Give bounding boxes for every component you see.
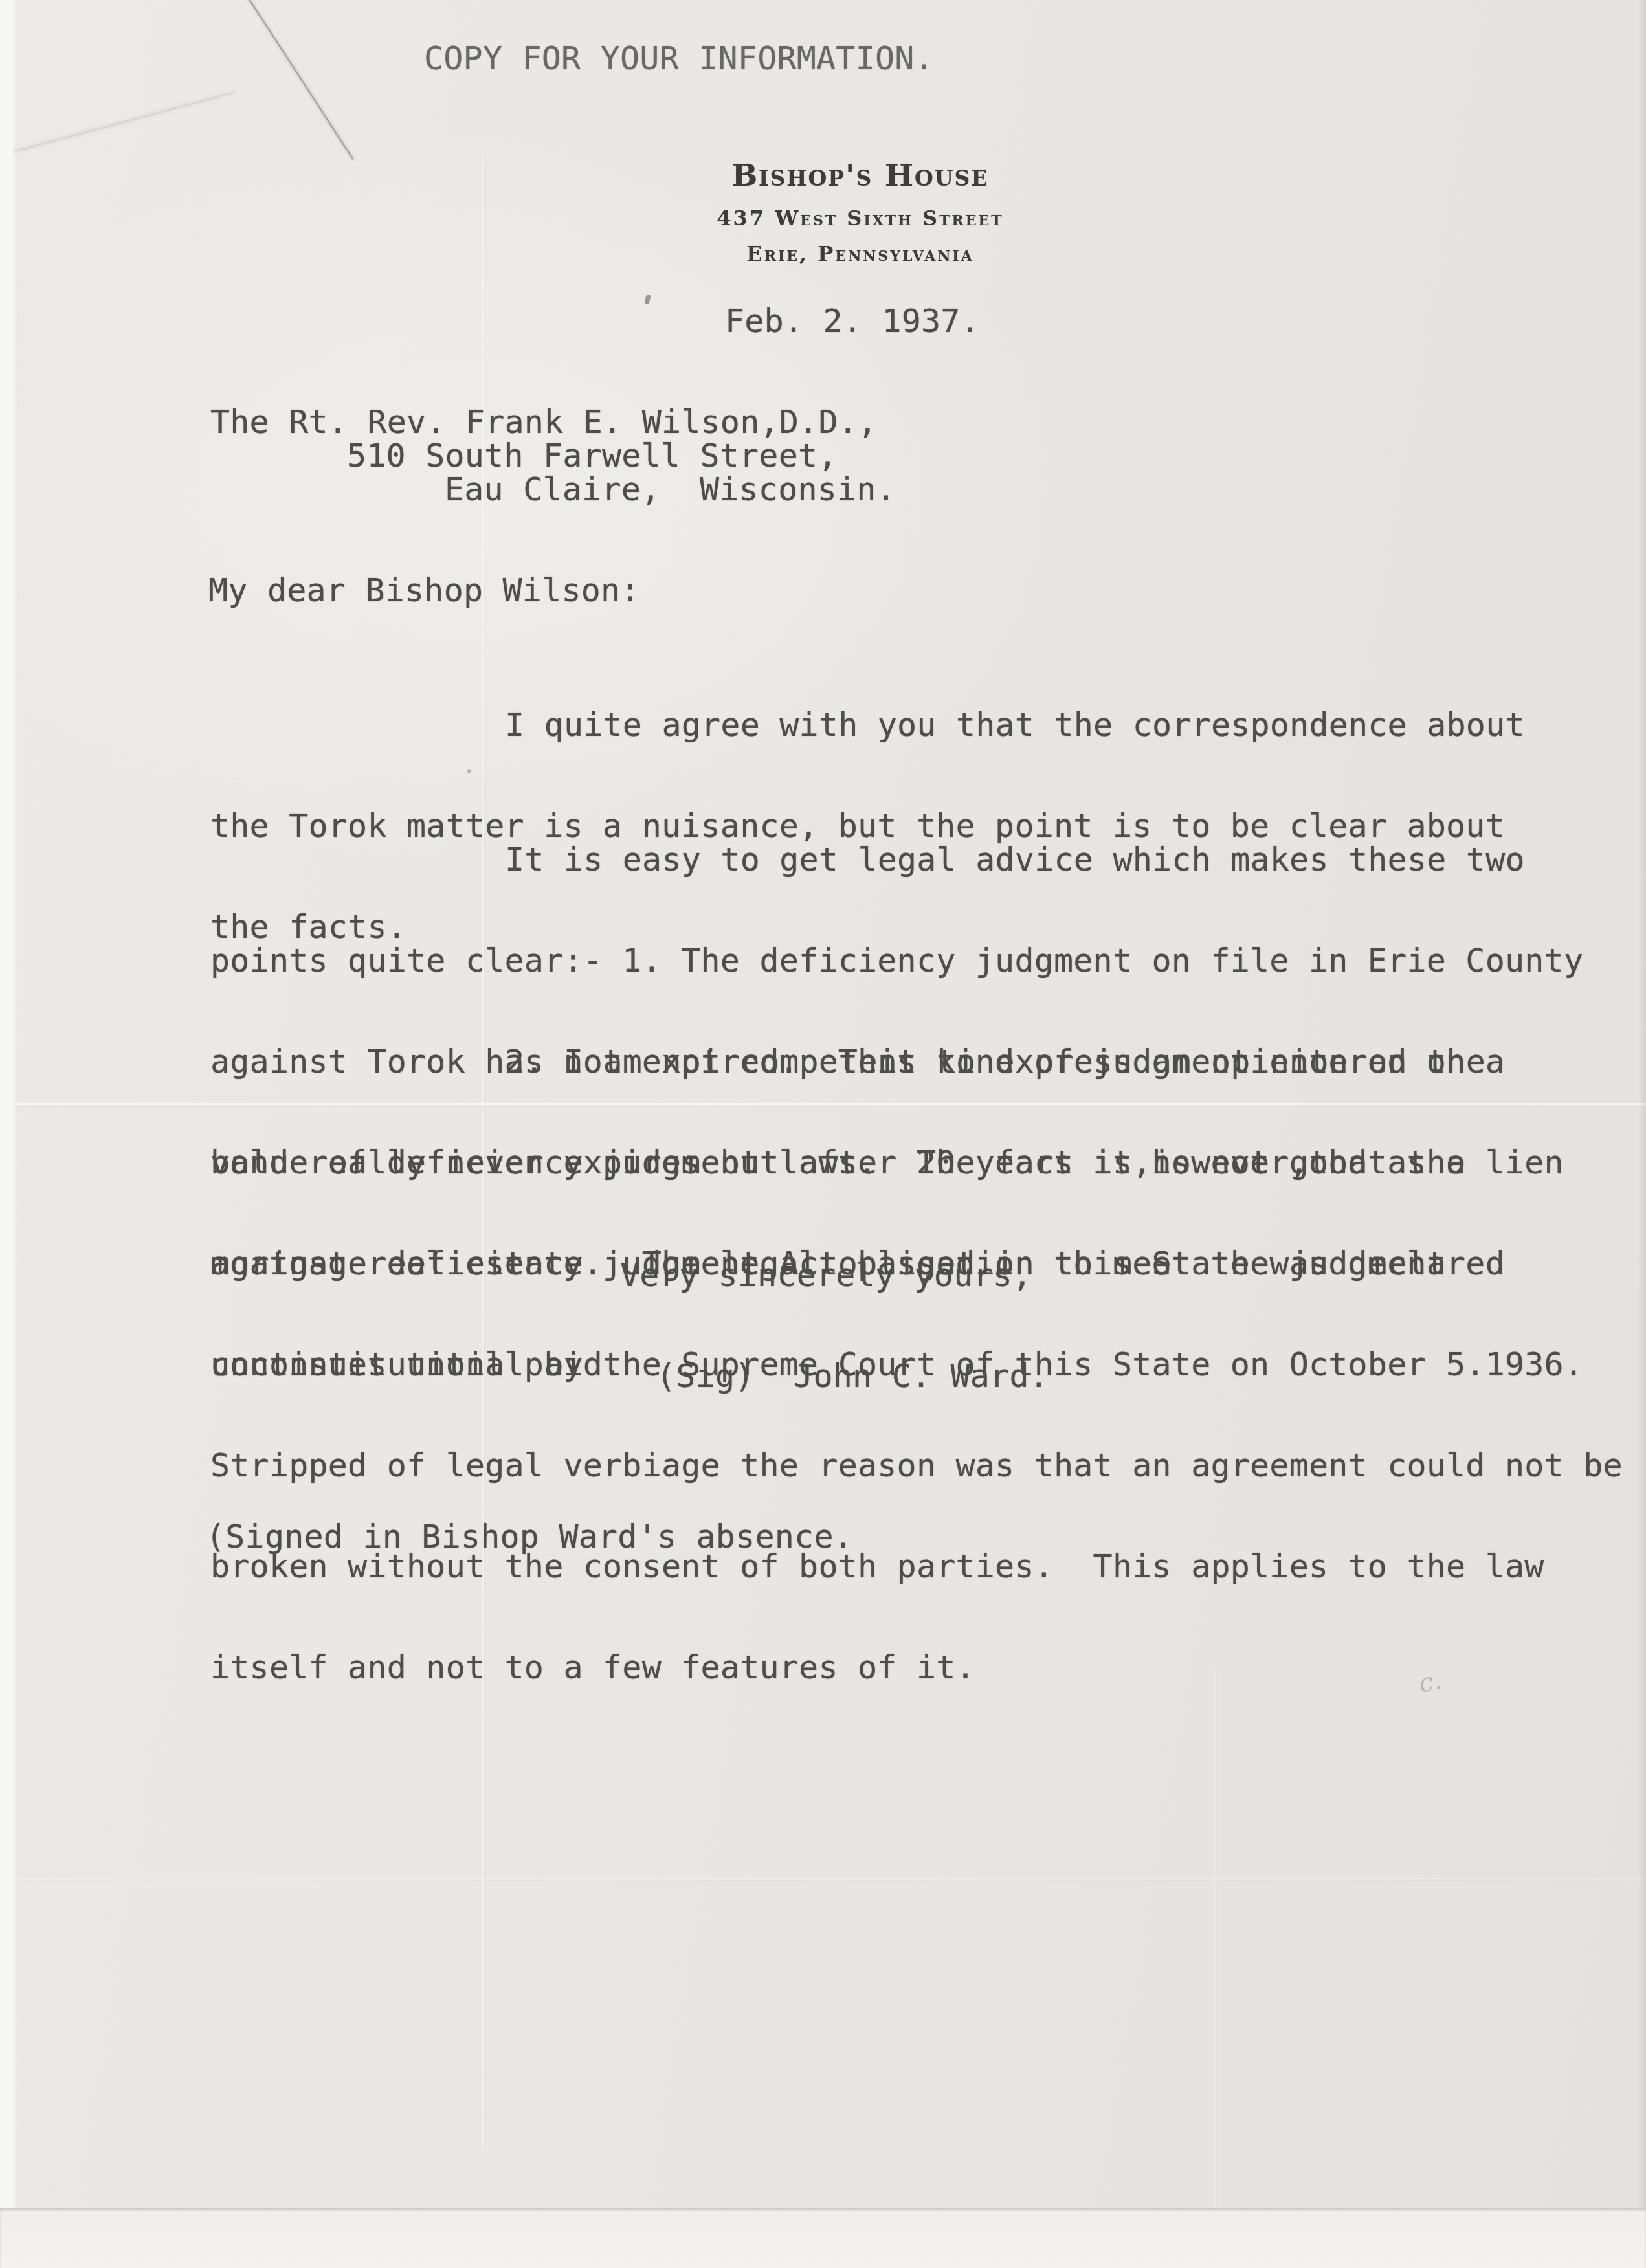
- body-line: I quite agree with you that the correspo…: [210, 708, 1525, 742]
- letterhead-street: 437 West Sixth Street: [660, 205, 1061, 231]
- body-line: itself and not to a few features of it.: [210, 1651, 1623, 1684]
- body-line: Stripped of legal verbiage the reason wa…: [210, 1449, 1623, 1482]
- corner-crease-shadow: [0, 92, 235, 157]
- corner-crease-line: [247, 0, 353, 160]
- scan-edge-right: [1638, 0, 1646, 2268]
- fold-crease-horizontal-lower: [17, 1878, 1646, 1881]
- recipient-line-3: Eau Claire, Wisconsin.: [445, 472, 896, 506]
- fold-crease-vertical-lower: [1214, 1670, 1217, 2214]
- salutation: My dear Bishop Wilson:: [208, 573, 640, 607]
- body-line: points quite clear:- 1. The deficiency j…: [210, 944, 1583, 977]
- ink-speck: [644, 294, 651, 304]
- letterhead-city: Erie, Pennsylvania: [660, 241, 1061, 267]
- copy-stamp: COPY FOR YOUR INFORMATION.: [424, 41, 934, 75]
- letterhead: Bishop's House 437 West Sixth Street Eri…: [660, 158, 1061, 267]
- recipient-line-1: The Rt. Rev. Frank E. Wilson,D.D.,: [210, 405, 877, 439]
- body-line: It is easy to get legal advice which mak…: [210, 843, 1583, 876]
- valediction: Very sincerely yours,: [620, 1258, 1032, 1292]
- letterhead-name: Bishop's House: [660, 158, 1061, 194]
- scan-edge-bottom: [0, 2208, 1646, 2268]
- signature-line: (Sig) John C. Ward.: [656, 1359, 1049, 1393]
- letter-scan-page: COPY FOR YOUR INFORMATION. Bishop's Hous…: [0, 0, 1646, 2268]
- body-line: value of deficiency judgment laws. The f…: [210, 1146, 1623, 1179]
- date-line: Feb. 2. 1937.: [725, 304, 980, 338]
- scan-edge-left: [0, 0, 17, 2268]
- body-line: 2. I am not competent to express an opin…: [210, 1045, 1623, 1078]
- absence-note: (Signed in Bishop Ward's absence.: [206, 1520, 853, 1553]
- recipient-line-2: 510 South Farwell Street,: [347, 439, 838, 472]
